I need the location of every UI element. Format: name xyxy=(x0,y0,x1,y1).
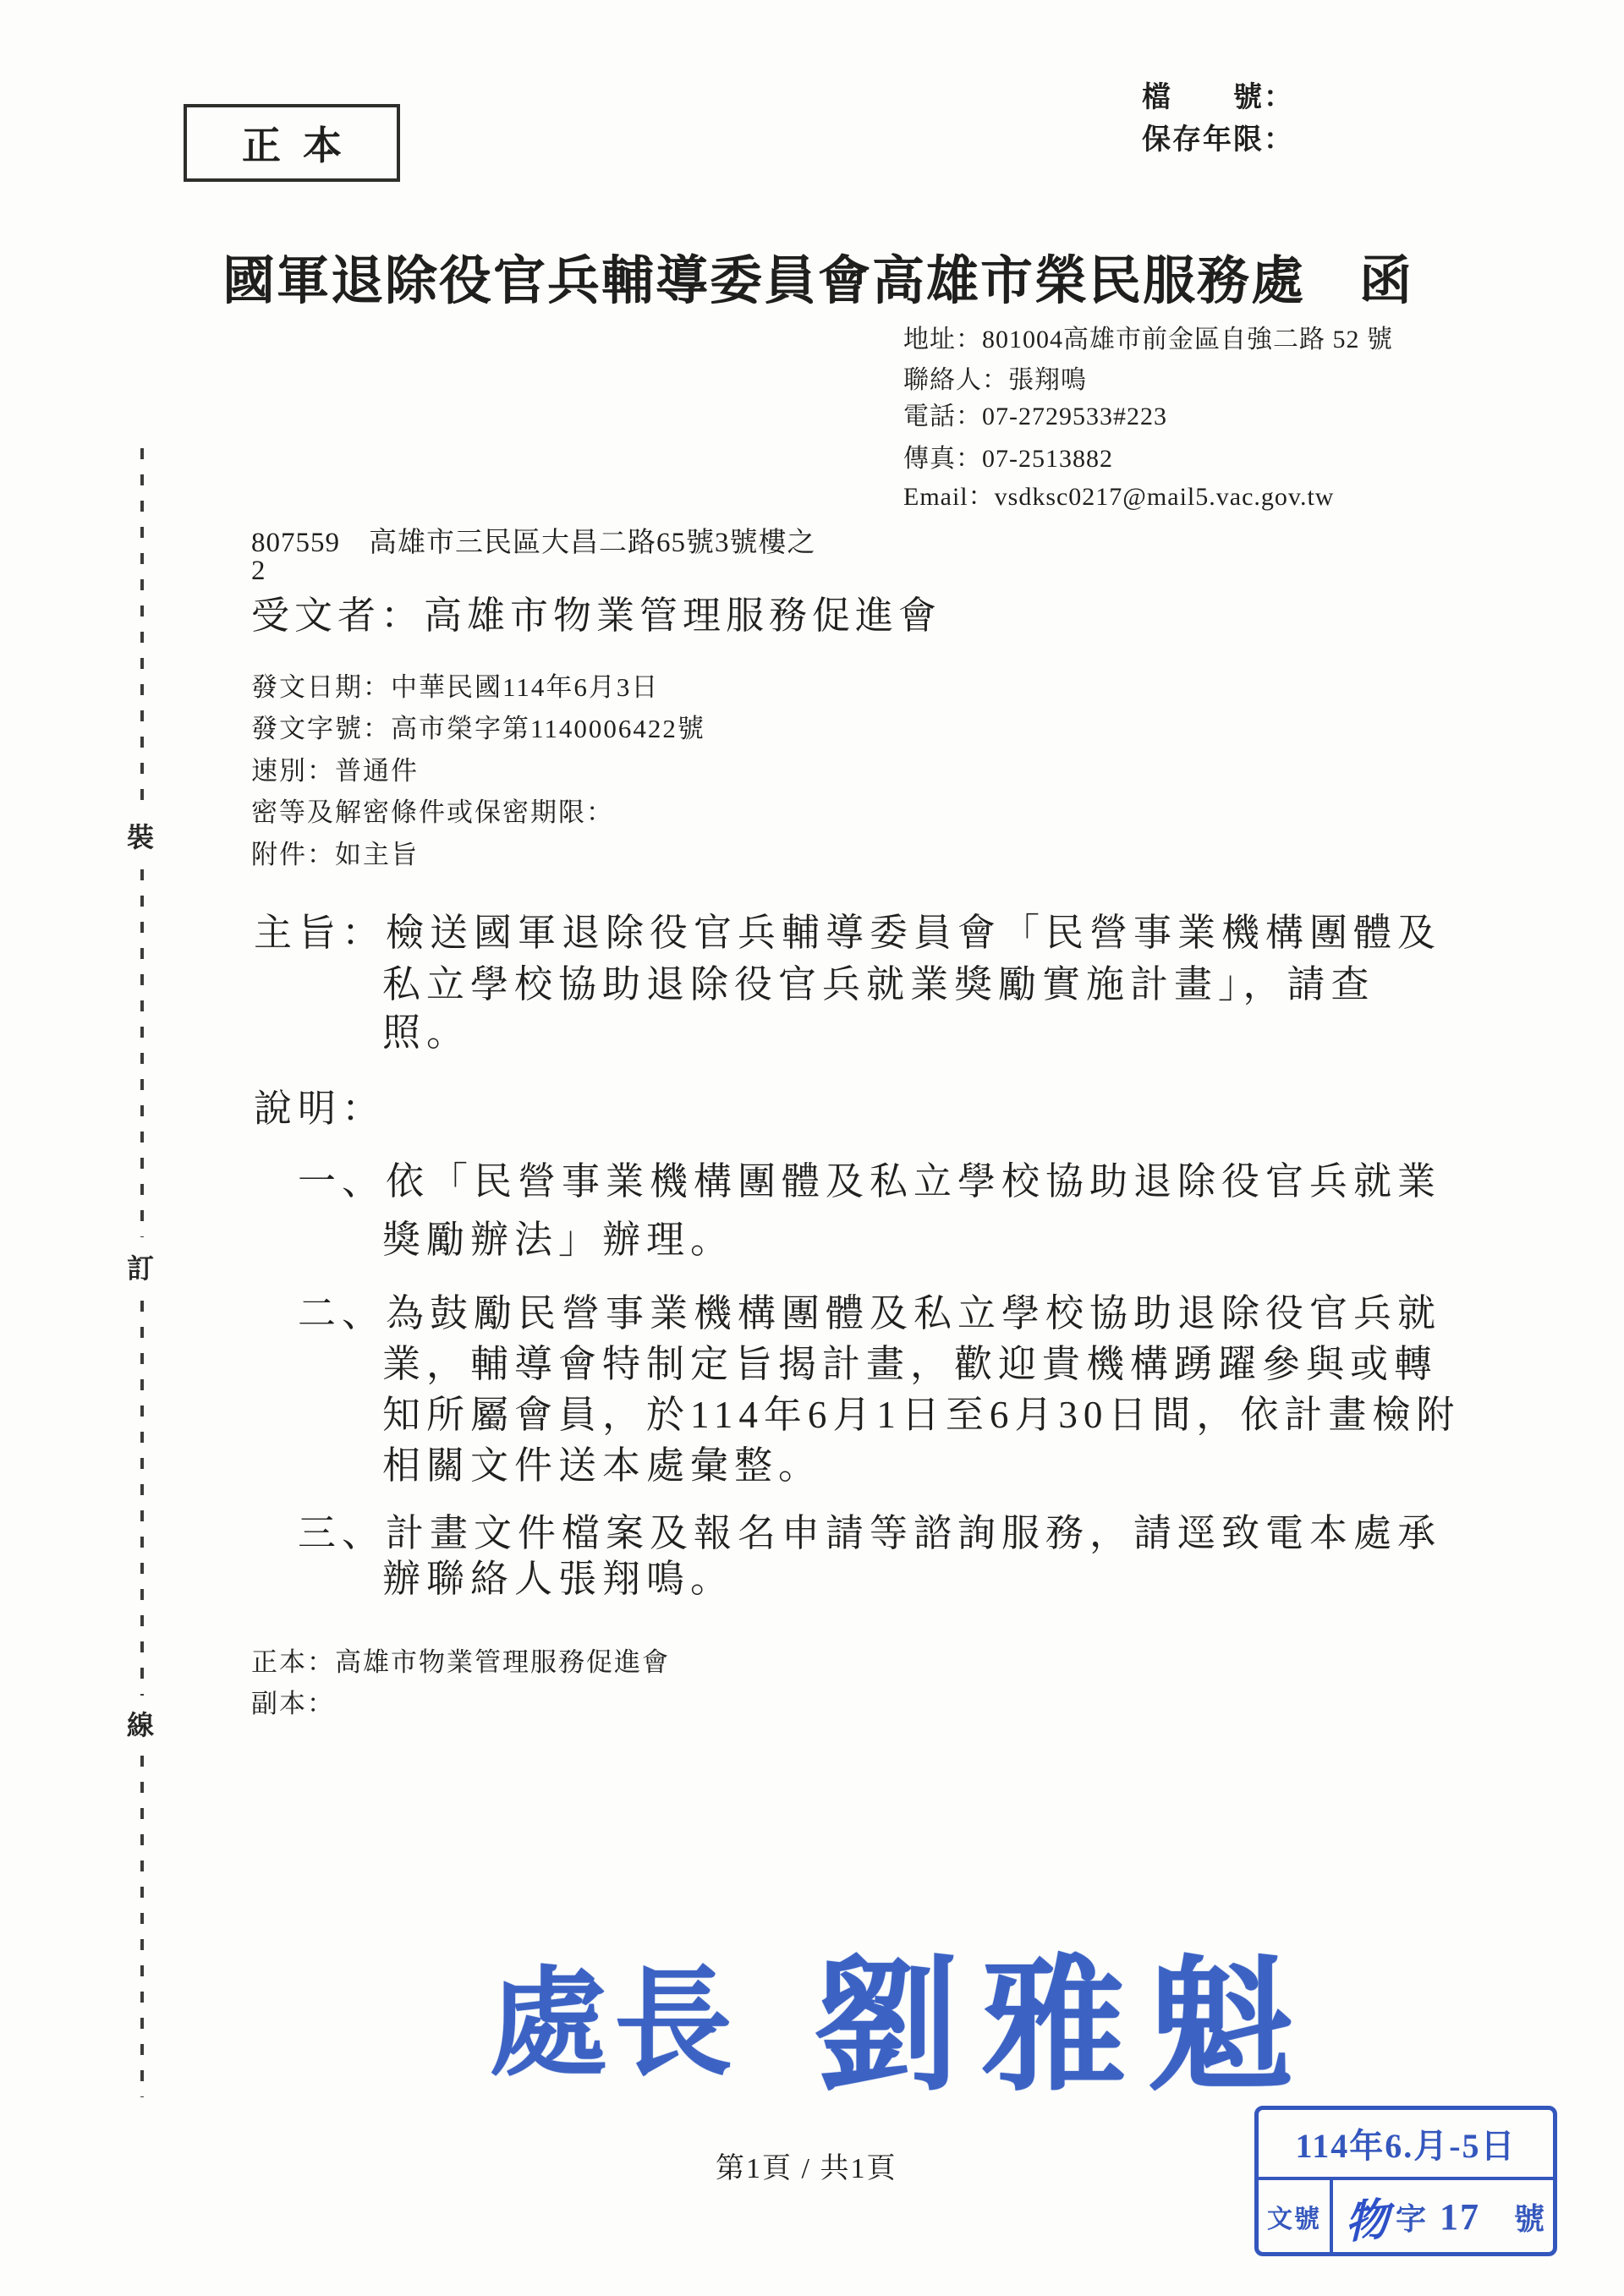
recipient-zip-address-line1: 807559 高雄市三民區大昌二路65號3號樓之 xyxy=(251,529,816,557)
subject-line-2: 私立學校協助退除役官兵就業獎勵實施計畫」，請查 xyxy=(382,966,1375,1004)
explanation-item2-line4: 相關文件送本處彙整。 xyxy=(382,1447,822,1485)
explanation-item2-line1: 二、為鼓勵民營事業機構團體及私立學校協助退除役官兵就 xyxy=(298,1295,1441,1333)
document-title: 國軍退除役官兵輔導委員會高雄市榮民服務處 函 xyxy=(222,255,1413,308)
binding-dash-segment-1 xyxy=(140,448,144,809)
explanation-item3-line2: 辦聯絡人張翔鳴。 xyxy=(382,1560,734,1598)
meta-attachment: 附件：如主旨 xyxy=(251,841,419,868)
page-number-info: 第1頁 / 共1頁 xyxy=(716,2155,897,2184)
received-doc-number-row: 文號 物 字 17 號 xyxy=(1259,2180,1553,2253)
explanation-item1-line1: 一、依「民營事業機構團體及私立學校協助退除役官兵就業 xyxy=(298,1163,1441,1201)
meta-speed: 速別：普通件 xyxy=(251,758,419,784)
sender-address: 地址：801004高雄市前金區自強二路 52 號 xyxy=(903,327,1393,353)
file-number-label: 檔 號： xyxy=(1142,84,1294,112)
explanation-item1-line2: 獎勵辦法」辦理。 xyxy=(382,1221,734,1259)
subject-line-1: 主旨：檢送國軍退除役官兵輔導委員會「民營事業機構團體及 xyxy=(254,914,1441,952)
doc-number-handwritten-char: 物 xyxy=(1345,2183,1389,2251)
retention-period-label: 保存年限： xyxy=(1142,126,1294,155)
meta-security: 密等及解密條件或保密期限： xyxy=(251,799,614,825)
signature-name: 劉雅魁 xyxy=(814,1910,1316,2118)
explanation-label: 說明： xyxy=(254,1090,386,1128)
sender-fax: 傳真：07-2513882 xyxy=(903,447,1113,472)
sender-contact: 聯絡人：張翔鳴 xyxy=(903,368,1087,393)
recipient-zip-address-line2: 2 xyxy=(251,557,266,585)
signature-title: 處長 xyxy=(489,1929,739,2099)
explanation-item2-line2: 業，輔導會特制定旨揭計畫，歡迎貴機構踴躍參與或轉 xyxy=(382,1345,1438,1384)
binding-dash-segment-3 xyxy=(140,1301,144,1696)
sender-email: Email：vsdksc0217@mail5.vac.gov.tw xyxy=(903,485,1334,510)
copy-type-label: 正本 xyxy=(220,115,364,171)
document-page: 正本 檔 號： 保存年限： 國軍退除役官兵輔導委員會高雄市榮民服務處 函 地址：… xyxy=(0,0,1624,2296)
doc-number-suffix: 號 xyxy=(1514,2195,1544,2238)
binding-dash-segment-2 xyxy=(140,869,144,1237)
copies-original-line: 正本：高雄市物業管理服務促進會 xyxy=(251,1649,670,1675)
binding-char-xian: 線 xyxy=(127,1712,154,1739)
binding-dash-segment-4 xyxy=(140,1756,144,2097)
sender-phone: 電話：07-2729533#223 xyxy=(903,404,1167,430)
explanation-item2-line3: 知所屬會員，於114年6月1日至6月30日間，依計畫檢附 xyxy=(382,1396,1460,1434)
received-date-line: 114年6.月-5日 xyxy=(1259,2110,1553,2180)
meta-issue-date: 發文日期：中華民國114年6月3日 xyxy=(251,674,659,700)
copy-type-stamp-box: 正本 xyxy=(184,104,400,182)
binding-char-zhuang: 裝 xyxy=(127,824,154,851)
received-date-stamp-box: 114年6.月-5日 文號 物 字 17 號 xyxy=(1254,2106,1557,2256)
doc-number-value: 物 字 17 號 xyxy=(1333,2180,1553,2253)
subject-line-3: 照。 xyxy=(382,1014,470,1052)
recipient-line: 受文者：高雄市物業管理服務促進會 xyxy=(251,597,941,635)
meta-doc-number: 發文字號：高市榮字第1140006422號 xyxy=(251,715,705,742)
explanation-item3-line1: 三、計畫文件檔案及報名申請等諮詢服務，請逕致電本處承 xyxy=(298,1515,1441,1553)
doc-number-digits: 17 xyxy=(1440,2195,1480,2238)
binding-char-ding: 訂 xyxy=(127,1255,154,1282)
director-signature-stamp: 處長 劉雅魁 xyxy=(489,1910,1316,2118)
copies-cc-line: 副本： xyxy=(251,1690,335,1717)
doc-number-label: 文號 xyxy=(1259,2180,1333,2253)
doc-number-middle-char: 字 xyxy=(1396,2195,1426,2238)
